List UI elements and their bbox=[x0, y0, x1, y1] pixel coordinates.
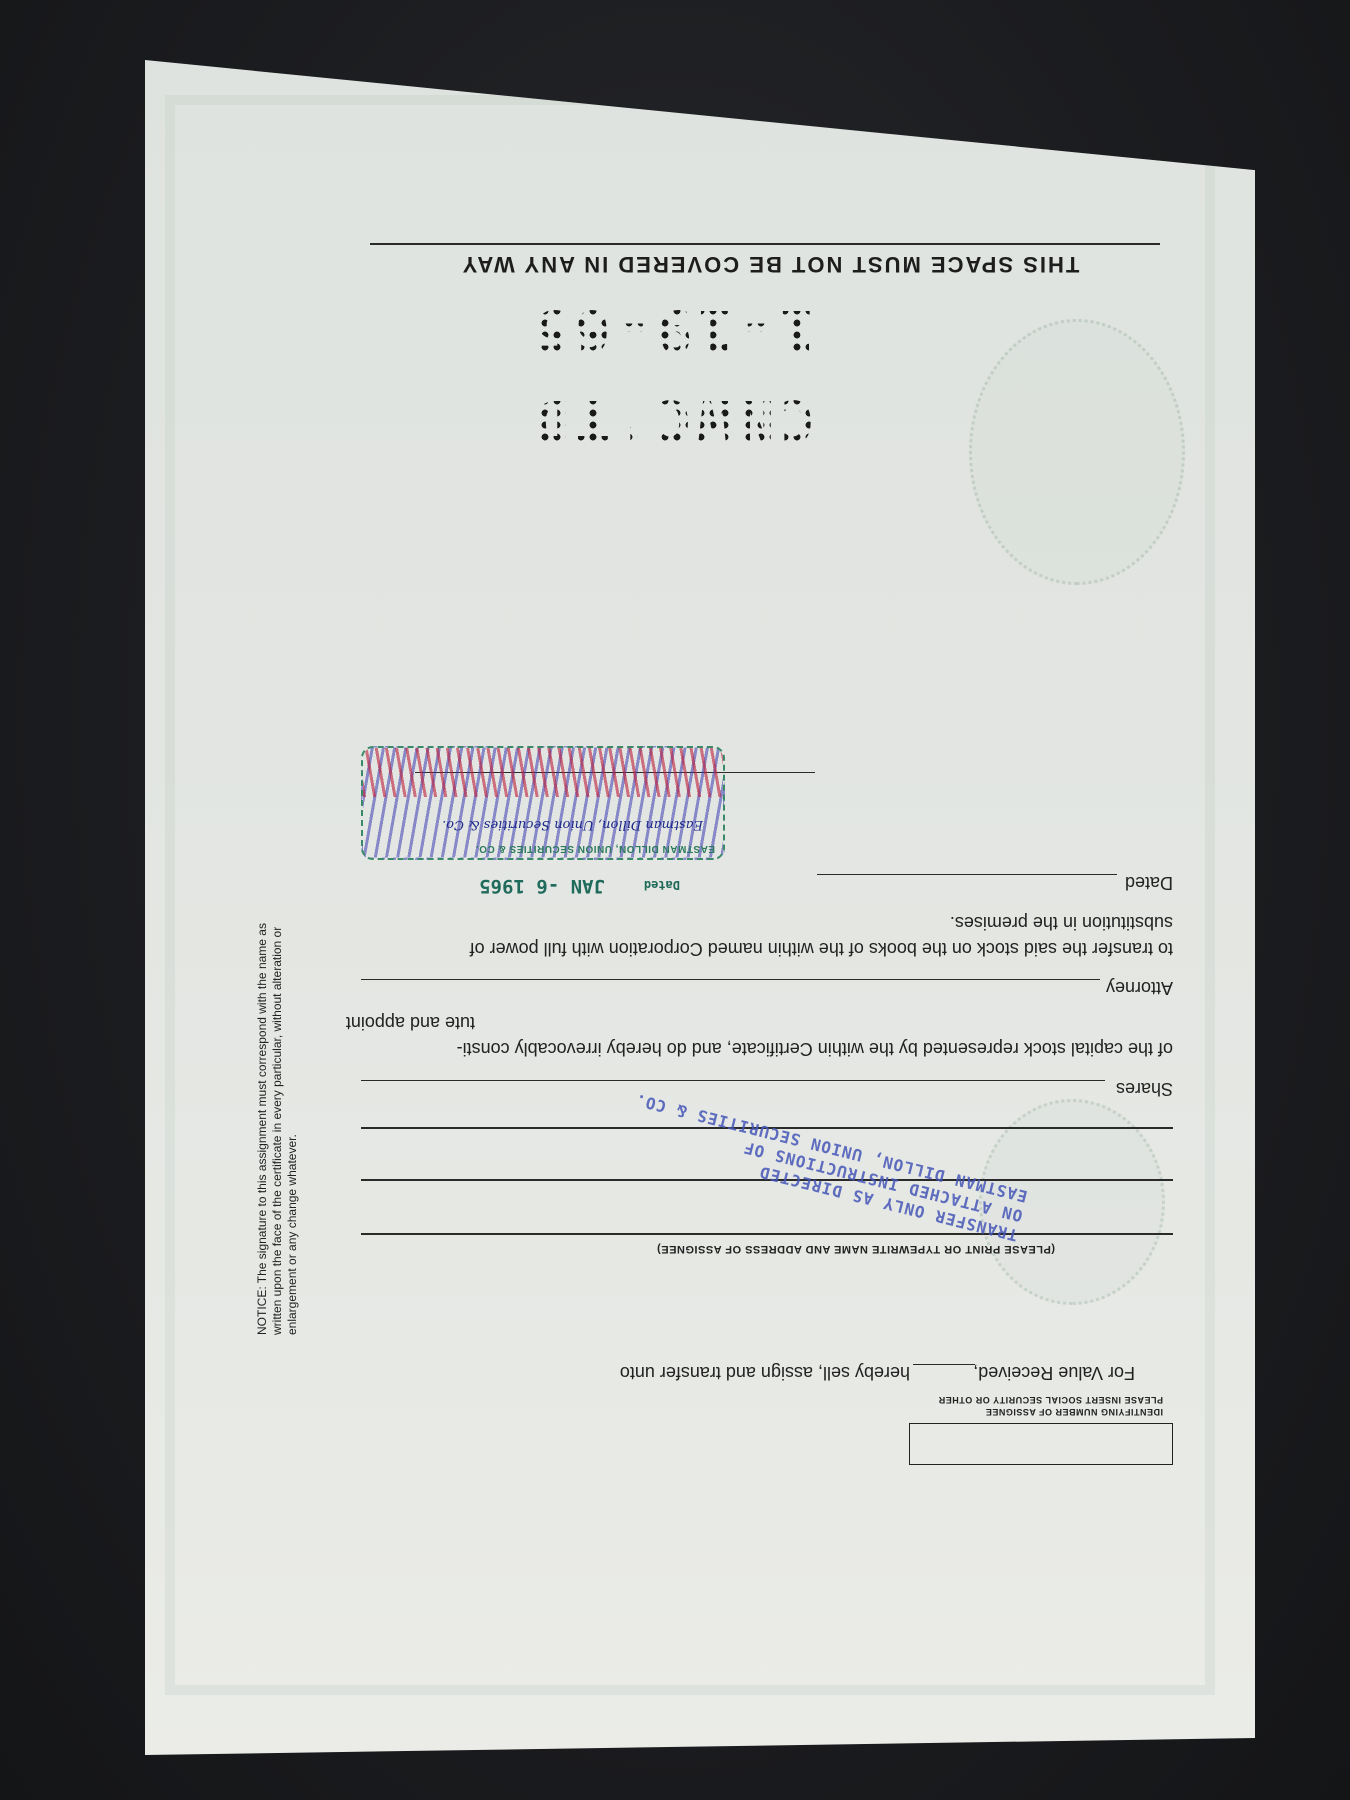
shares-line[interactable] bbox=[361, 1080, 1105, 1081]
ssn-label-1: IDENTIFYING NUMBER OF ASSIGNEE bbox=[985, 1407, 1163, 1417]
guarantor-signature: Eastman Dillon, Union Securities & Co. bbox=[442, 817, 703, 832]
header-rule bbox=[370, 243, 1160, 245]
assignee-line-1[interactable] bbox=[361, 1234, 1173, 1236]
capital-stock-text-1: of the capital stock represented by the … bbox=[457, 1038, 1173, 1059]
guarantee-firm: EASTMAN DILLON, UNION SECURITIES & CO. bbox=[475, 843, 715, 854]
attorney-line[interactable] bbox=[361, 979, 1100, 980]
seal-showthrough bbox=[969, 319, 1185, 585]
capital-stock-text-2: tute and appoint bbox=[346, 1012, 475, 1033]
guarantee-dated-label: Dated bbox=[644, 878, 680, 892]
assignee-label: (PLEASE PRINT OR TYPEWRITE NAME AND ADDR… bbox=[657, 1243, 1055, 1255]
certificate-content-upside-down: THIS SPACE MUST NOT BE COVERED IN ANY WA… bbox=[145, 60, 1255, 1755]
certificate-sheet: THIS SPACE MUST NOT BE COVERED IN ANY WA… bbox=[145, 60, 1255, 1755]
sell-assign-text: hereby sell, assign and transfer unto bbox=[620, 1362, 910, 1383]
for-value-received-label: For Value Received, bbox=[973, 1362, 1135, 1383]
guarantee-date: JAN -6 1965 bbox=[479, 875, 605, 897]
ssn-input-box[interactable] bbox=[909, 1423, 1173, 1465]
cancellation-perforation-line2: 1-19-65 bbox=[529, 297, 815, 365]
ssn-label-2: PLEASE INSERT SOCIAL SECURITY OR OTHER bbox=[938, 1395, 1163, 1405]
stamp-red-ink bbox=[363, 748, 723, 798]
transfer-text-2: substitution in the premises. bbox=[950, 912, 1173, 933]
transfer-text-1: to transfer the said stock on the books … bbox=[470, 938, 1173, 959]
signature-guarantee-stamp: EASTMAN DILLON, UNION SECURITIES & CO. E… bbox=[361, 746, 725, 860]
cancellation-perforation-line1: CNWC'TD bbox=[529, 387, 815, 455]
signature-notice: NOTICE: The signature to this assignment… bbox=[255, 915, 300, 1335]
shares-label: Shares bbox=[1116, 1078, 1173, 1099]
header-warning: THIS SPACE MUST NOT BE COVERED IN ANY WA… bbox=[375, 251, 1165, 277]
attorney-label: Attorney bbox=[1106, 977, 1173, 998]
dated-label: Dated bbox=[1125, 872, 1173, 893]
consideration-line bbox=[913, 1364, 975, 1365]
dated-line[interactable] bbox=[817, 874, 1117, 875]
